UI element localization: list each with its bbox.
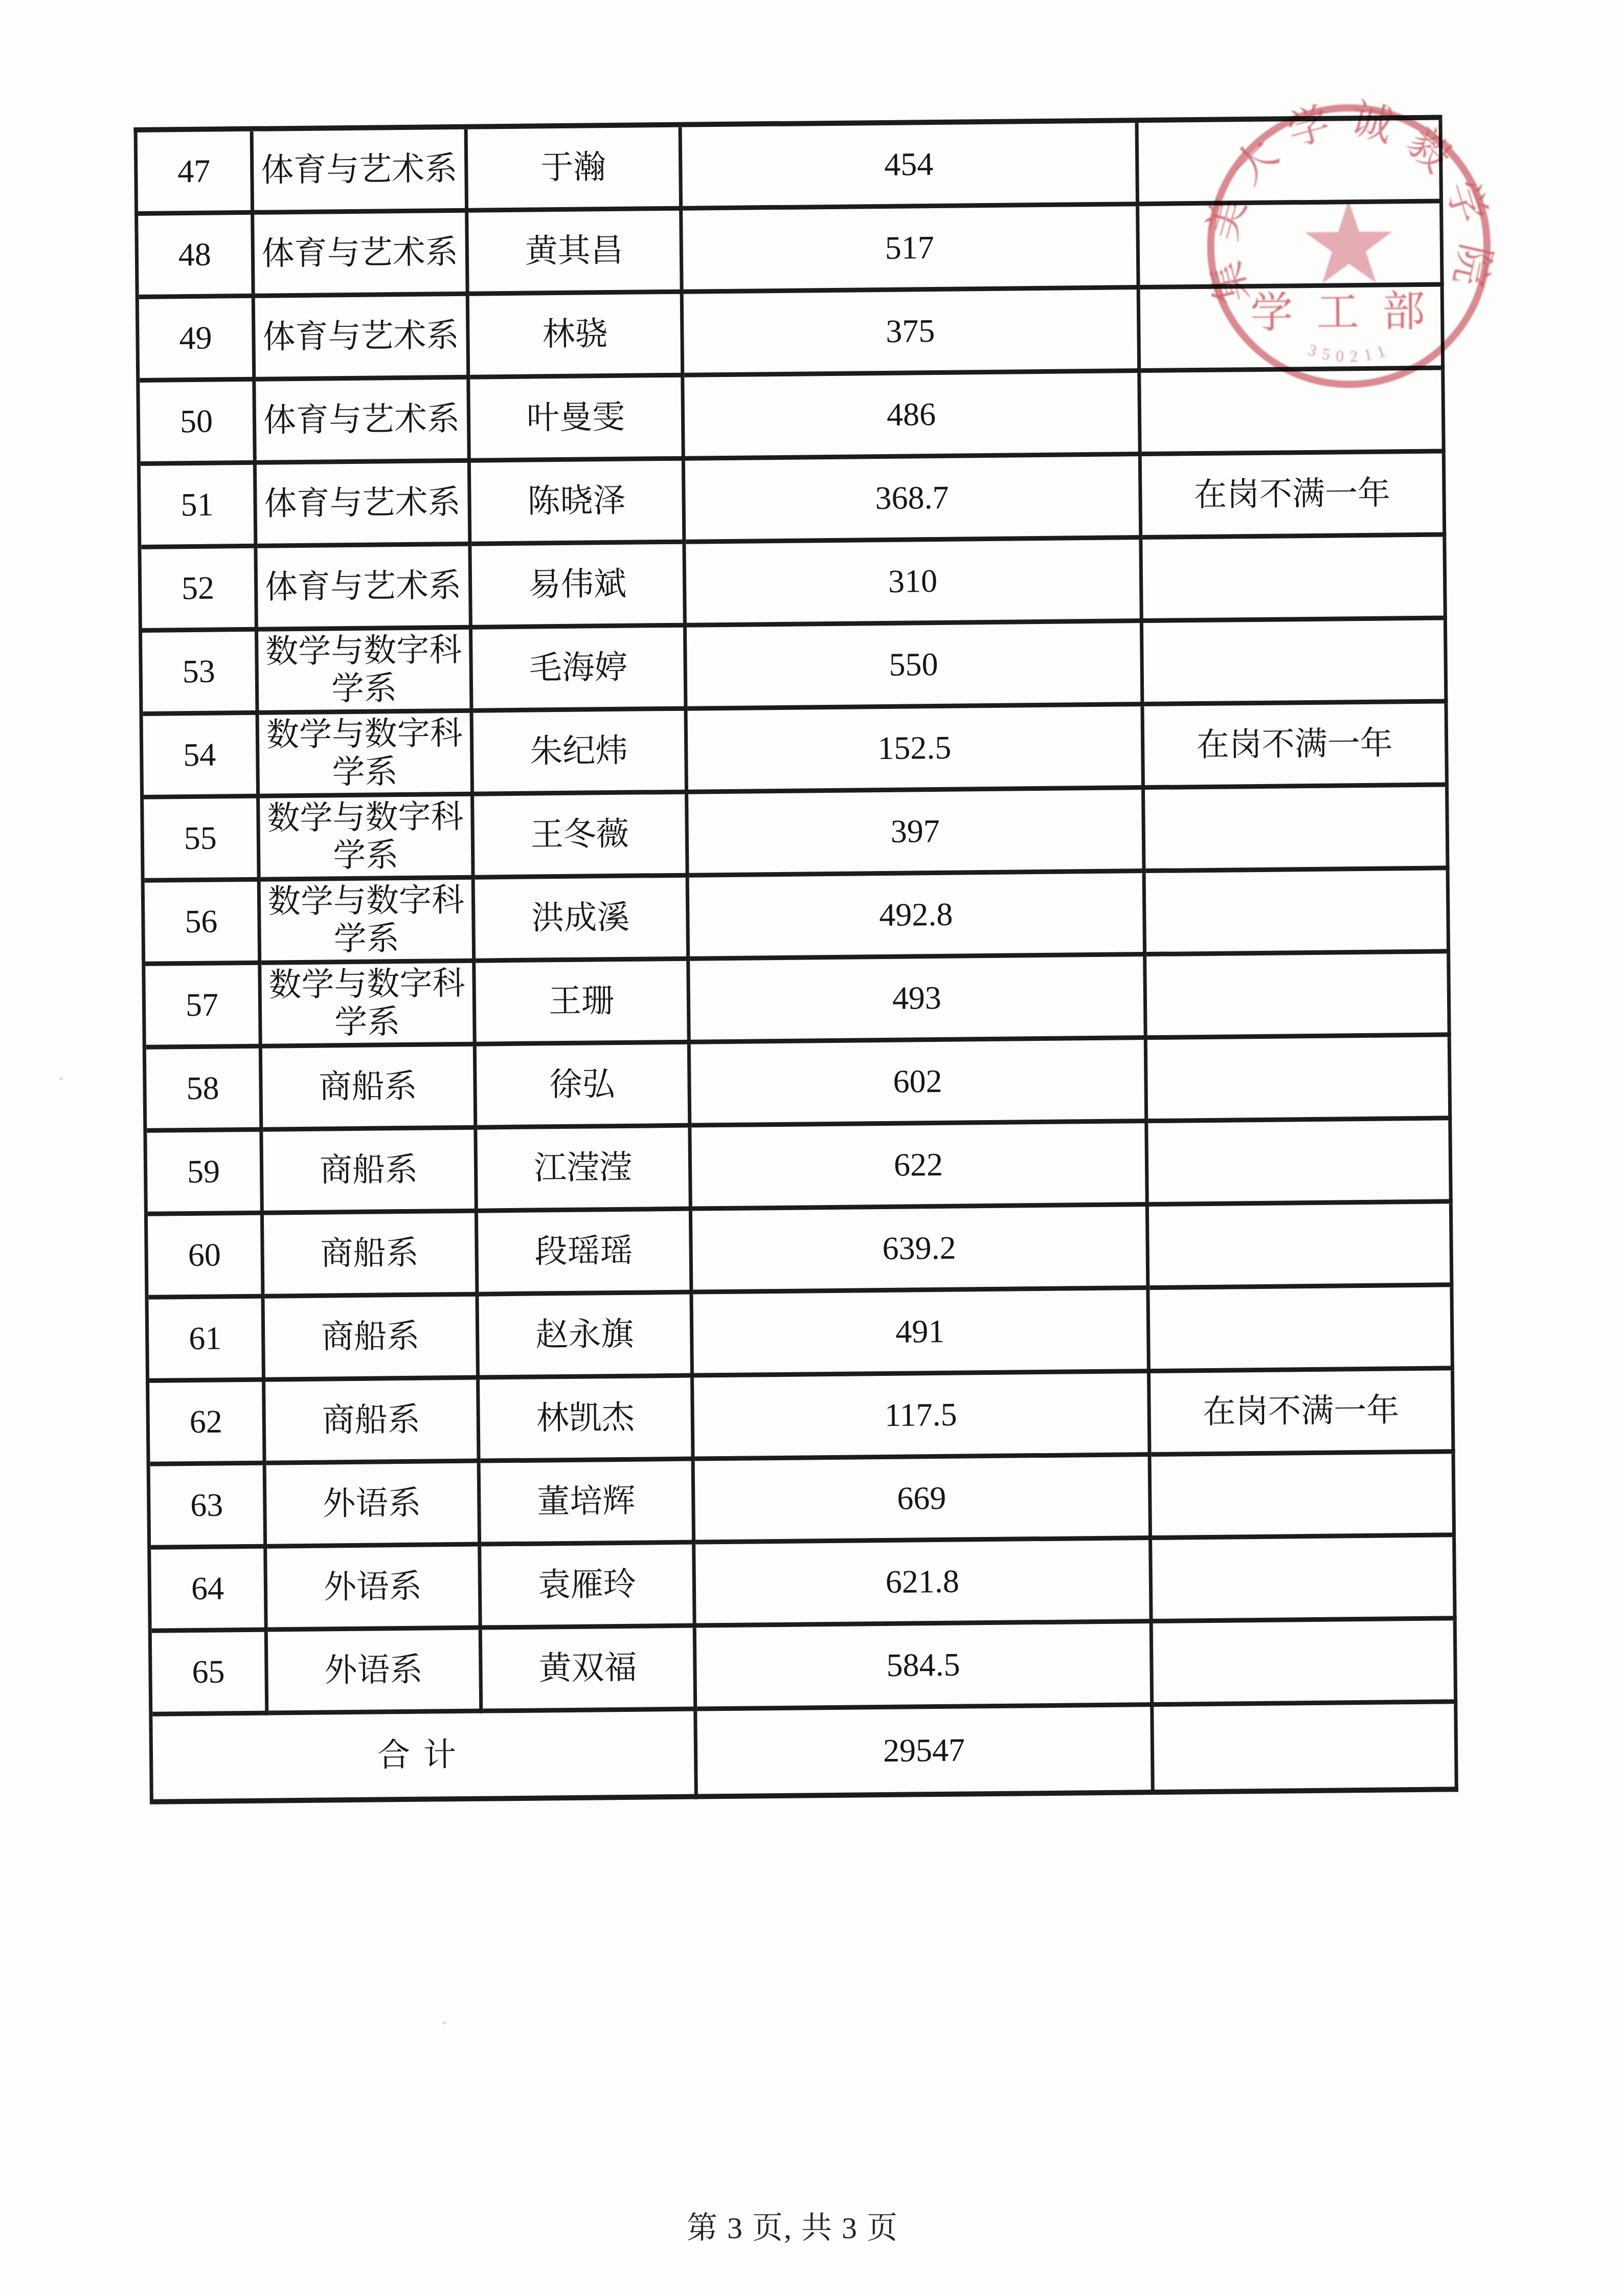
- name-cell: 袁雁玲: [481, 1545, 696, 1630]
- table-row: 53 数学与数字科学系 毛海婷 550: [142, 620, 1448, 716]
- value-cell: 491: [693, 1290, 1151, 1378]
- scan-speck: [443, 2021, 446, 2024]
- name-cell: 陈晓泽: [471, 461, 686, 546]
- row-number-cell: 48: [138, 215, 255, 299]
- data-table: 47 体育与艺术系 于瀚 454 48 体育与艺术系 黄其昌 517 49 体育…: [134, 115, 1458, 1804]
- row-number-cell: 60: [148, 1215, 265, 1300]
- value-cell: 639.2: [692, 1207, 1150, 1295]
- name-cell: 段瑶瑶: [478, 1211, 693, 1297]
- value-cell: 621.8: [695, 1540, 1153, 1628]
- name-cell: 王珊: [476, 961, 691, 1046]
- row-number-cell: 53: [142, 632, 259, 716]
- department-cell: 商船系: [263, 1130, 478, 1215]
- department-cell: 体育与艺术系: [254, 213, 469, 298]
- name-cell: 黄其昌: [468, 211, 684, 296]
- remark-cell: [1143, 620, 1448, 706]
- value-cell: 117.5: [694, 1373, 1152, 1461]
- row-number-cell: 63: [150, 1465, 267, 1550]
- department-cell: 数学与数字科学系: [258, 630, 474, 715]
- row-number-cell: 49: [139, 298, 256, 383]
- table-row: 54 数学与数字科学系 朱纪炜 152.5 在岗不满一年: [143, 703, 1449, 799]
- name-cell: 王冬薇: [474, 794, 689, 880]
- remark-cell: [1146, 953, 1451, 1040]
- remark-cell: [1139, 203, 1444, 289]
- department-cell: 商船系: [265, 1297, 480, 1382]
- table-row: 49 体育与艺术系 林骁 375: [139, 286, 1445, 382]
- scan-speck: [601, 755, 604, 757]
- remark-cell: [1152, 1454, 1456, 1540]
- name-cell: 江滢滢: [477, 1128, 692, 1213]
- total-value-cell: 29547: [697, 1707, 1155, 1799]
- table-body: 47 体育与艺术系 于瀚 454 48 体育与艺术系 黄其昌 517 49 体育…: [138, 120, 1458, 1716]
- remark-cell: [1153, 1620, 1458, 1707]
- value-cell: 517: [683, 206, 1140, 294]
- scanned-document-page: 47 体育与艺术系 于瀚 454 48 体育与艺术系 黄其昌 517 49 体育…: [0, 0, 1623, 2296]
- value-cell: 152.5: [688, 706, 1145, 794]
- remark-cell: [1147, 1037, 1452, 1123]
- row-number-cell: 57: [145, 965, 262, 1050]
- table-row: 51 体育与艺术系 陈晓泽 368.7 在岗不满一年: [141, 453, 1446, 549]
- value-cell: 368.7: [685, 456, 1143, 544]
- remark-cell: [1140, 286, 1445, 373]
- name-cell: 毛海婷: [472, 628, 688, 713]
- row-number-cell: 51: [141, 465, 258, 549]
- value-cell: 486: [684, 373, 1142, 461]
- total-remark-cell: [1154, 1704, 1458, 1795]
- row-number-cell: 50: [140, 382, 257, 466]
- remark-cell: [1142, 537, 1447, 623]
- total-row: 合计 29547: [152, 1704, 1458, 1804]
- value-cell: 454: [682, 123, 1140, 211]
- name-cell: 洪成溪: [475, 878, 690, 963]
- remark-cell: [1148, 1120, 1453, 1207]
- table-row: 59 商船系 江滢滢 622: [147, 1120, 1452, 1216]
- name-cell: 易伟斌: [471, 544, 687, 630]
- department-cell: 体育与艺术系: [255, 296, 470, 382]
- table-row: 55 数学与数字科学系 王冬薇 397: [144, 787, 1449, 882]
- remark-cell: [1145, 787, 1450, 873]
- value-cell: 622: [691, 1123, 1149, 1211]
- table-row: 50 体育与艺术系 叶曼雯 486: [140, 370, 1445, 465]
- value-cell: 584.5: [696, 1623, 1154, 1711]
- name-cell: 林凯杰: [480, 1378, 695, 1463]
- remark-cell: [1152, 1537, 1457, 1623]
- table-row: 47 体育与艺术系 于瀚 454: [138, 120, 1443, 215]
- row-number-cell: 65: [152, 1632, 269, 1717]
- remark-cell: 在岗不满一年: [1151, 1370, 1455, 1457]
- value-cell: 550: [687, 623, 1144, 711]
- scan-speck: [59, 1077, 63, 1080]
- name-cell: 叶曼雯: [470, 377, 685, 463]
- value-cell: 310: [686, 540, 1143, 628]
- department-cell: 数学与数字科学系: [260, 796, 475, 882]
- remark-cell: [1149, 1287, 1454, 1373]
- page-footer: 第 3 页, 共 3 页: [0, 2203, 1585, 2247]
- row-number-cell: 59: [147, 1132, 264, 1216]
- sheet-content: 47 体育与艺术系 于瀚 454 48 体育与艺术系 黄其昌 517 49 体育…: [0, 0, 1623, 2296]
- table-row: 64 外语系 袁雁玲 621.8: [151, 1537, 1456, 1633]
- department-cell: 体育与艺术系: [257, 463, 472, 548]
- name-cell: 赵永旗: [479, 1295, 694, 1380]
- row-number-cell: 61: [149, 1299, 266, 1383]
- value-cell: 492.8: [689, 873, 1147, 961]
- table-row: 62 商船系 林凯杰 117.5 在岗不满一年: [149, 1370, 1455, 1466]
- total-label-cell: 合计: [152, 1711, 698, 1804]
- department-cell: 商船系: [262, 1046, 478, 1132]
- value-cell: 375: [684, 289, 1141, 377]
- table-row: 52 体育与艺术系 易伟斌 310: [141, 537, 1447, 632]
- value-cell: 602: [691, 1040, 1148, 1128]
- department-cell: 体育与艺术系: [256, 380, 471, 465]
- department-cell: 外语系: [267, 1547, 482, 1632]
- row-number-cell: 64: [151, 1549, 268, 1633]
- department-cell: 外语系: [266, 1463, 482, 1549]
- value-cell: 397: [688, 790, 1146, 878]
- department-cell: 外语系: [268, 1630, 483, 1715]
- remark-cell: [1141, 370, 1446, 456]
- department-cell: 数学与数字科学系: [259, 713, 475, 798]
- row-number-cell: 47: [138, 131, 255, 216]
- table-row: 65 外语系 黄双福 584.5: [152, 1620, 1457, 1716]
- department-cell: 体育与艺术系: [254, 129, 469, 215]
- row-number-cell: 55: [144, 798, 261, 883]
- department-cell: 商船系: [265, 1380, 481, 1465]
- name-cell: 于瀚: [468, 127, 683, 213]
- value-cell: 669: [695, 1457, 1153, 1545]
- table-row: 58 商船系 徐弘 602: [146, 1037, 1452, 1132]
- name-cell: 董培辉: [481, 1461, 696, 1547]
- row-number-cell: 52: [141, 548, 258, 633]
- department-cell: 数学与数字科学系: [261, 880, 476, 965]
- name-cell: 朱纪炜: [474, 711, 689, 796]
- row-number-cell: 54: [143, 715, 260, 799]
- remark-cell: [1149, 1203, 1454, 1290]
- remark-cell: 在岗不满一年: [1142, 453, 1447, 540]
- row-number-cell: 56: [145, 882, 262, 966]
- row-number-cell: 58: [146, 1049, 263, 1133]
- department-cell: 体育与艺术系: [257, 546, 472, 632]
- name-cell: 黄双福: [482, 1628, 697, 1713]
- table-row: 60 商船系 段瑶瑶 639.2: [148, 1203, 1453, 1299]
- remark-cell: [1139, 120, 1444, 206]
- table-row: 57 数学与数字科学系 王珊 493: [145, 953, 1451, 1049]
- name-cell: 徐弘: [477, 1044, 692, 1130]
- department-cell: 商船系: [264, 1213, 479, 1299]
- table-row: 48 体育与艺术系 黄其昌 517: [138, 203, 1444, 299]
- table-row: 56 数学与数字科学系 洪成溪 492.8: [145, 870, 1450, 966]
- row-number-cell: 62: [149, 1382, 266, 1466]
- remark-cell: 在岗不满一年: [1144, 703, 1449, 790]
- remark-cell: [1146, 870, 1451, 956]
- value-cell: 493: [690, 956, 1147, 1044]
- department-cell: 数学与数字科学系: [261, 963, 477, 1049]
- table-row: 61 商船系 赵永旗 491: [149, 1287, 1454, 1383]
- table-row: 63 外语系 董培辉 669: [150, 1454, 1456, 1549]
- name-cell: 林骁: [469, 294, 685, 380]
